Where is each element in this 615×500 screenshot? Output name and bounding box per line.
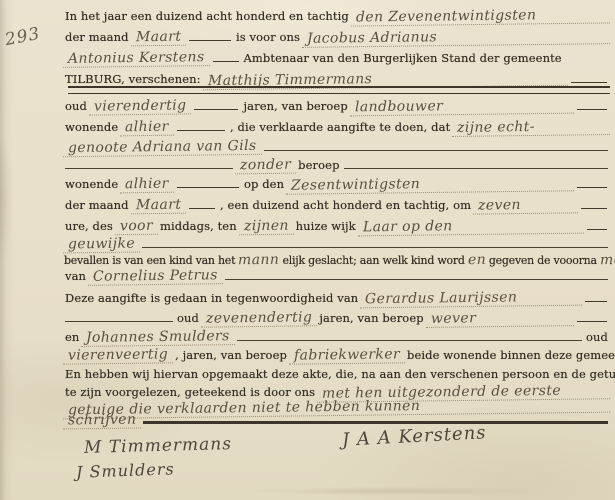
handwritten-age: vierendertig (89, 97, 192, 115)
act-line-mother-name: genoote Adriana van Gils (63, 139, 610, 157)
closing-rule (143, 420, 608, 424)
printed-text: oud (65, 99, 87, 113)
line-filler-dash (177, 128, 225, 131)
line-filler-dash (189, 38, 231, 41)
handwritten-witness2-name: Johannes Smulders (81, 328, 235, 347)
printed-text: beide wonende binnen deze gemeente (407, 348, 615, 362)
handwritten-gender: mann (236, 252, 281, 269)
handwritten-occupation: landbouwer (350, 97, 574, 117)
handwritten-district: geuwijke (63, 236, 140, 254)
act-line-mother-occupation: zonder beroep (63, 157, 610, 175)
printed-text: En hebben wij hiervan opgemaakt deze akt… (65, 367, 615, 381)
act-line-closing4: schrijven (63, 412, 610, 430)
line-filler-dash (577, 107, 607, 110)
printed-text: TILBURG, verschenen: (65, 72, 201, 86)
signature-declarant: M Timmermans (84, 434, 232, 458)
printed-text: oud (177, 311, 199, 325)
line-filler-dash (189, 206, 215, 209)
printed-text: te zijn voorgelezen, geteekend is door o… (65, 385, 315, 399)
printed-text: huize wijk (296, 219, 356, 233)
act-line-witness1: Deze aangifte is gedaan in tegenwoordigh… (63, 290, 610, 308)
printed-text: wonende (65, 120, 118, 134)
act-line-year: In het jaar een duizend acht honderd en … (63, 8, 610, 26)
act-line-witness2-details: vierenveertig , jaren, van beroep fabrie… (63, 347, 610, 365)
section-divider-rule (68, 86, 610, 94)
paper-stain (0, 90, 40, 310)
line-filler-rule (237, 338, 582, 341)
line-filler-dash (585, 299, 607, 302)
printed-text: op den (244, 177, 284, 191)
act-line-declarant-age: oud vierendertig jaren, van beroep landb… (63, 98, 610, 116)
printed-text: elijk geslacht; aan welk kind word (283, 254, 465, 267)
printed-text: der maand (65, 198, 129, 212)
handwritten-text: men (598, 252, 615, 268)
handwritten-date-day: den Zevenentwintigsten (351, 6, 610, 26)
handwritten-district: Laar op den (358, 217, 584, 237)
act-margin-number: 293 (3, 24, 42, 50)
printed-text: beroep (298, 158, 339, 172)
printed-text: In het jaar een duizend acht honderd en … (65, 9, 349, 23)
printed-text: , een duizend acht honderd en tachtig, o… (220, 198, 471, 212)
handwritten-official-name: Antonius Kerstens (63, 49, 210, 68)
act-line-official-continued: Antonius Kerstens Ambtenaar van den Burg… (63, 50, 610, 68)
printed-text: ure, des (65, 219, 113, 233)
printed-text: gegeven de vooorna (489, 254, 597, 267)
act-line-birth-day: wonende alhier op den Zesentwintigsten (63, 176, 610, 194)
printed-text: jaren, van beroep (319, 311, 423, 325)
line-filler-dash (587, 227, 607, 230)
act-line-month-official: der maand Maart is voor ons Jacobus Adri… (63, 29, 610, 47)
line-filler-rule (264, 148, 608, 151)
handwritten-month: Maart (131, 197, 187, 215)
handwritten-residence: alhier (120, 119, 174, 137)
line-filler-rule (142, 245, 608, 248)
printed-text: jaren, van beroep (243, 99, 347, 113)
act-line-birth-place: ure, des voor middags, ten zijnen huize … (63, 218, 610, 236)
printed-text: van (65, 269, 86, 283)
line-filler-rule (225, 277, 608, 280)
handwritten-witness1-name: Gerardus Laurijssen (360, 289, 582, 309)
printed-text: is voor ons (236, 30, 300, 44)
handwritten-text: voor (115, 218, 158, 236)
line-filler-dash (177, 185, 239, 188)
line-filler-dash (194, 107, 238, 110)
printed-text: Ambtenaar van den Burgerlijken Stand der… (244, 51, 562, 65)
line-filler-rule (65, 319, 173, 322)
printed-text: wonende (65, 177, 118, 191)
act-line-witness2: en Johannes Smulders oud (63, 329, 610, 347)
line-filler-dash (581, 206, 607, 209)
printed-text: der maand (65, 30, 129, 44)
handwritten-text: zijne echt- (452, 118, 610, 137)
handwritten-occupation: wever (426, 309, 574, 328)
printed-text: oud (586, 330, 608, 344)
handwritten-text: en (466, 252, 488, 268)
handwritten-hour: zeven (473, 196, 578, 214)
line-filler-rule (344, 166, 608, 169)
line-filler-dash (213, 59, 239, 62)
line-filler-dash (571, 80, 607, 83)
printed-text: , jaren, van beroep (175, 348, 287, 362)
handwritten-date-day: Zesentwintigsten (286, 174, 574, 195)
line-filler-rule (65, 166, 233, 169)
line-filler-dash (577, 319, 607, 322)
handwritten-occupation: fabriekwerker (289, 346, 405, 364)
handwritten-occupation: zonder (235, 157, 296, 175)
printed-text: Deze aangifte is gedaan in tegenwoordigh… (65, 291, 358, 305)
handwritten-residence: alhier (120, 176, 174, 194)
paper-stain (180, 478, 600, 500)
handwritten-closing-clause: schrijven (63, 412, 142, 430)
printed-text: middags, ten (160, 219, 237, 233)
handwritten-age: zevenendertig (201, 309, 318, 327)
handwritten-child-names: Cornelius Petrus (88, 267, 223, 286)
printed-text: , die verklaarde aangifte te doen, dat (230, 120, 450, 134)
handwritten-official-name: Jacobus Adrianus (302, 27, 610, 48)
line-filler-dash (577, 185, 607, 188)
act-line-residence: wonende alhier , die verklaarde aangifte… (63, 119, 610, 137)
handwritten-mother-name: genoote Adriana van Gils (63, 138, 262, 157)
printed-text: bevallen is van een kind van het (64, 254, 235, 267)
act-line-child-names: van Cornelius Petrus (63, 268, 610, 286)
handwritten-month: Maart (131, 29, 187, 47)
handwritten-age: vierenveertig (63, 346, 173, 364)
act-line-witness1-details: oud zevenendertig jaren, van beroep weve… (63, 310, 610, 328)
printed-text: en (65, 330, 79, 344)
birth-certificate-scan: 293 In het jaar een duizend acht honderd… (0, 0, 615, 500)
handwritten-text: zijnen (239, 218, 294, 236)
signature-witness: J Smulders (76, 459, 175, 481)
act-line-birth-month: der maand Maart , een duizend acht honde… (63, 197, 610, 215)
